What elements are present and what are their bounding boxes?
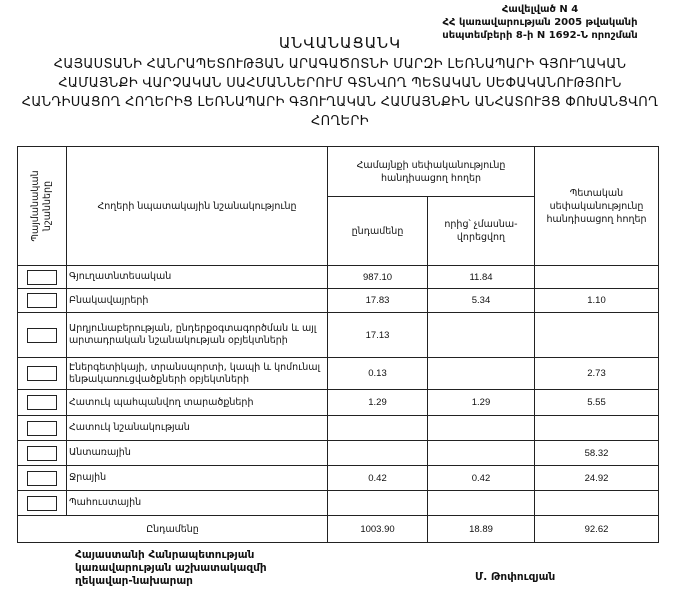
legend-cell bbox=[18, 390, 67, 416]
annex-header: Հավելված N 4 ՀՀ կառավարության 2005 թվակա… bbox=[420, 3, 660, 42]
totals-community-alienable: 18.89 bbox=[428, 516, 535, 543]
state-value: 24.92 bbox=[535, 466, 659, 491]
main-title-line: ՀՈՂԵՐԻ bbox=[20, 112, 660, 131]
purpose-label: Բնակավայրերի bbox=[67, 289, 328, 313]
community-total-value bbox=[328, 491, 428, 516]
table-row: Բնակավայրերի17.835.341.10 bbox=[18, 289, 659, 313]
legend-swatch bbox=[27, 270, 57, 285]
community-total-value: 987.10 bbox=[328, 266, 428, 289]
table-row: Պահուստային bbox=[18, 491, 659, 516]
legend-cell bbox=[18, 441, 67, 466]
header-purpose: Հողերի նպատակային նշանակությունը bbox=[67, 147, 328, 266]
totals-row: Ընդամենը1003.9018.8992.62 bbox=[18, 516, 659, 543]
legend-swatch bbox=[27, 471, 57, 486]
signatory-position-line: Հայաստանի Հանրապետության bbox=[75, 549, 267, 562]
legend-cell bbox=[18, 313, 67, 358]
list-title: ԱՆՎԱՆԱՑԱՆԿ bbox=[240, 34, 440, 52]
table-row: Անտառային58.32 bbox=[18, 441, 659, 466]
community-total-value: 0.13 bbox=[328, 358, 428, 390]
totals-state: 92.62 bbox=[535, 516, 659, 543]
community-alienable-value bbox=[428, 313, 535, 358]
state-value: 1.10 bbox=[535, 289, 659, 313]
legend-swatch bbox=[27, 395, 57, 410]
signatory-name: Մ. Թոփուզյան bbox=[475, 571, 555, 583]
community-alienable-value: 11.84 bbox=[428, 266, 535, 289]
community-total-value: 0.42 bbox=[328, 466, 428, 491]
community-total-value bbox=[328, 416, 428, 441]
table-row: Հատուկ նշանակության bbox=[18, 416, 659, 441]
legend-swatch bbox=[27, 446, 57, 461]
community-alienable-value: 0.42 bbox=[428, 466, 535, 491]
annex-line-3: սեպտեմբերի 8-ի N 1692-Ն որոշման bbox=[420, 29, 660, 42]
state-value bbox=[535, 491, 659, 516]
purpose-label: Հատուկ պահպանվող տարածքների bbox=[67, 390, 328, 416]
table-row: Էներգետիկայի, տրանսպորտի, կապի և կոմունա… bbox=[18, 358, 659, 390]
main-title: ՀԱՅԱՍՏԱՆԻ ՀԱՆՐԱՊԵՏՈՒԹՅԱՆ ԱՐԱԳԱԾՈՏՆԻ ՄԱՐԶ… bbox=[20, 55, 660, 131]
purpose-label: Ջրային bbox=[67, 466, 328, 491]
state-value: 58.32 bbox=[535, 441, 659, 466]
header-state-text: Պետական սեփականությունը հանդիսացող հողեր bbox=[535, 187, 658, 226]
legend-cell bbox=[18, 466, 67, 491]
purpose-label: Պահուստային bbox=[67, 491, 328, 516]
legend-cell bbox=[18, 491, 67, 516]
land-table: Պայմանական նշանները Հողերի նպատակային նշ… bbox=[17, 146, 659, 543]
purpose-label: Գյուղատնտեսական bbox=[67, 266, 328, 289]
annex-line-1: Հավելված N 4 bbox=[420, 3, 660, 16]
legend-cell bbox=[18, 358, 67, 390]
community-alienable-value bbox=[428, 358, 535, 390]
annex-line-2: ՀՀ կառավարության 2005 թվականի bbox=[420, 16, 660, 29]
totals-label: Ընդամենը bbox=[18, 516, 328, 543]
signatory-position: Հայաստանի Հանրապետության կառավարության ա… bbox=[75, 549, 267, 588]
legend-cell bbox=[18, 289, 67, 313]
header-alienable: որից՝ չմասնա-վորեցվող bbox=[428, 197, 535, 266]
community-alienable-value: 1.29 bbox=[428, 390, 535, 416]
purpose-label: Արդյունաբերության, ընդերքօգտագործման և ա… bbox=[67, 313, 328, 358]
legend-swatch bbox=[27, 496, 57, 511]
state-value bbox=[535, 313, 659, 358]
state-value bbox=[535, 416, 659, 441]
community-alienable-value bbox=[428, 441, 535, 466]
purpose-label: Անտառային bbox=[67, 441, 328, 466]
community-total-value: 17.13 bbox=[328, 313, 428, 358]
legend-swatch bbox=[27, 328, 57, 343]
header-alienable-text: որից՝ չմասնա-վորեցվող bbox=[428, 218, 534, 244]
main-title-line: ՀԱՅԱՍՏԱՆԻ ՀԱՆՐԱՊԵՏՈՒԹՅԱՆ ԱՐԱԳԱԾՈՏՆԻ ՄԱՐԶ… bbox=[20, 55, 660, 74]
header-community-text: Համայնքի սեփականությունը հանդիսացող հողե… bbox=[328, 159, 534, 185]
community-alienable-value bbox=[428, 491, 535, 516]
legend-cell bbox=[18, 416, 67, 441]
table-row: Գյուղատնտեսական987.1011.84 bbox=[18, 266, 659, 289]
main-title-line: ՀԱՄԱՅՆՔԻ ՎԱՐՉԱԿԱՆ ՍԱՀՄԱՆՆԵՐՈՒՄ ԳՏՆՎՈՂ ՊԵ… bbox=[20, 74, 660, 93]
community-total-value bbox=[328, 441, 428, 466]
legend-swatch bbox=[27, 366, 57, 381]
legend-swatch bbox=[27, 293, 57, 308]
community-total-value: 17.83 bbox=[328, 289, 428, 313]
legend-swatch bbox=[27, 421, 57, 436]
header-community: Համայնքի սեփականությունը հանդիսացող հողե… bbox=[328, 147, 535, 197]
table-row: Արդյունաբերության, ընդերքօգտագործման և ա… bbox=[18, 313, 659, 358]
table-row: Հատուկ պահպանվող տարածքների1.291.295.55 bbox=[18, 390, 659, 416]
table-row: Ջրային0.420.4224.92 bbox=[18, 466, 659, 491]
purpose-label: Հատուկ նշանակության bbox=[67, 416, 328, 441]
community-alienable-value bbox=[428, 416, 535, 441]
header-code-text: Պայմանական նշանները bbox=[30, 156, 54, 256]
community-total-value: 1.29 bbox=[328, 390, 428, 416]
header-code: Պայմանական նշանները bbox=[18, 147, 67, 266]
header-state: Պետական սեփականությունը հանդիսացող հողեր bbox=[535, 147, 659, 266]
totals-community-total: 1003.90 bbox=[328, 516, 428, 543]
legend-cell bbox=[18, 266, 67, 289]
main-title-line: ՀԱՆԴԻՍԱՑՈՂ ՀՈՂԵՐԻՑ ԼԵՌՆԱՊԱՐԻ ԳՅՈՒՂԱԿԱՆ Հ… bbox=[20, 93, 660, 112]
state-value bbox=[535, 266, 659, 289]
state-value: 2.73 bbox=[535, 358, 659, 390]
community-alienable-value: 5.34 bbox=[428, 289, 535, 313]
state-value: 5.55 bbox=[535, 390, 659, 416]
signatory-position-line: ղեկավար-նախարար bbox=[75, 575, 267, 588]
purpose-label: Էներգետիկայի, տրանսպորտի, կապի և կոմունա… bbox=[67, 358, 328, 390]
signatory-position-line: կառավարության աշխատակազմի bbox=[75, 562, 267, 575]
header-total: ընդամենը bbox=[328, 197, 428, 266]
